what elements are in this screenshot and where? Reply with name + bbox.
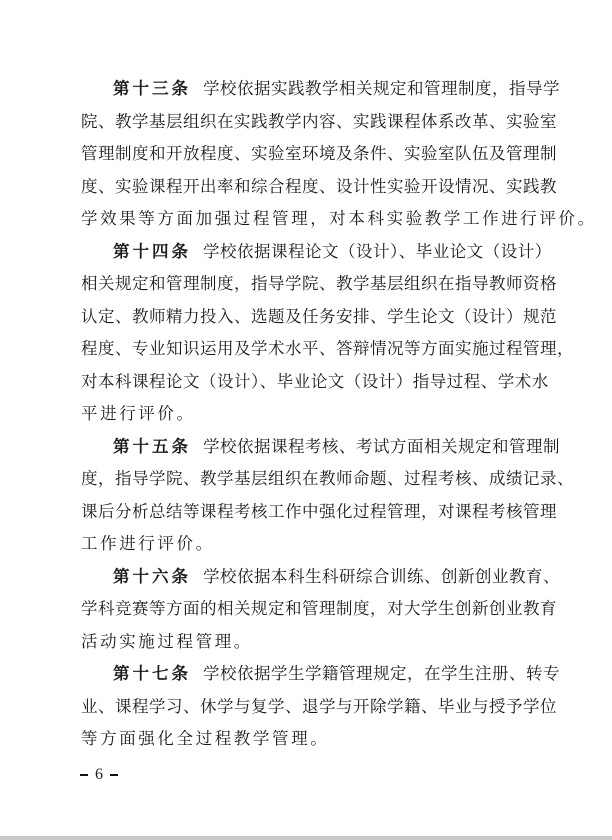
article-text: 学校依据课程论文（设计）、毕业论文（设计） bbox=[203, 242, 552, 261]
article-line: 管理制度和开放程度、实验室环境及条件、实验室队伍及管理制 bbox=[81, 138, 534, 171]
article-line: 程度、专业知识运用及学术水平、答辩情况等方面实施过程管理， bbox=[81, 333, 534, 366]
page-bottom-edge bbox=[0, 836, 612, 840]
article-16: 第十六条学校依据本科生科研综合训练、创新创业教育、 学科竞赛等方面的相关规定和管… bbox=[81, 561, 534, 659]
article-text: 学校依据课程考核、考试方面相关规定和管理制 bbox=[203, 437, 560, 456]
article-line: 平进行评价。 bbox=[81, 398, 534, 431]
article-text: 学校依据本科生科研综合训练、创新创业教育、 bbox=[203, 567, 560, 586]
article-17: 第十七条学校依据学生学籍管理规定，在学生注册、转专 业、课程学习、休学与复学、退… bbox=[81, 658, 534, 756]
article-line: 第十四条学校依据课程论文（设计）、毕业论文（设计） bbox=[81, 236, 534, 269]
article-line: 活动实施过程管理。 bbox=[81, 626, 534, 659]
article-line: 工作进行评价。 bbox=[81, 528, 534, 561]
article-line: 课后分析总结等课程考核工作中强化过程管理，对课程考核管理 bbox=[81, 496, 534, 529]
article-heading: 第十三条 bbox=[113, 79, 191, 98]
article-line: 等方面强化全过程教学管理。 bbox=[81, 723, 534, 756]
article-line: 业、课程学习、休学与复学、退学与开除学籍、毕业与授予学位 bbox=[81, 691, 534, 724]
article-line: 第十三条学校依据实践教学相关规定和管理制度，指导学 bbox=[81, 73, 534, 106]
dash-right bbox=[110, 774, 118, 777]
article-line: 学效果等方面加强过程管理，对本科实验教学工作进行评价。 bbox=[81, 203, 534, 236]
article-line: 第十五条学校依据课程考核、考试方面相关规定和管理制 bbox=[81, 431, 534, 464]
article-heading: 第十五条 bbox=[113, 437, 191, 456]
article-15: 第十五条学校依据课程考核、考试方面相关规定和管理制 度，指导学院、教学基层组织在… bbox=[81, 431, 534, 561]
document-page: 第十三条学校依据实践教学相关规定和管理制度，指导学 院、教学基层组织在实践教学内… bbox=[0, 0, 612, 836]
article-line: 第十六条学校依据本科生科研综合训练、创新创业教育、 bbox=[81, 561, 534, 594]
article-line: 院、教学基层组织在实践教学内容、实践课程体系改革、实验室 bbox=[81, 106, 534, 139]
article-heading: 第十六条 bbox=[113, 567, 191, 586]
article-heading: 第十七条 bbox=[113, 664, 191, 683]
article-line: 第十七条学校依据学生学籍管理规定，在学生注册、转专 bbox=[81, 658, 534, 691]
article-line: 对本科课程论文（设计）、毕业论文（设计）指导过程、学术水 bbox=[81, 366, 534, 399]
article-14: 第十四条学校依据课程论文（设计）、毕业论文（设计） 相关规定和管理制度，指导学院… bbox=[81, 236, 534, 431]
article-line: 学科竞赛等方面的相关规定和管理制度，对大学生创新创业教育 bbox=[81, 593, 534, 626]
page-number: 6 bbox=[80, 766, 118, 784]
article-text: 学校依据学生学籍管理规定，在学生注册、转专 bbox=[203, 664, 560, 683]
dash-left bbox=[80, 774, 88, 777]
article-text: 学校依据实践教学相关规定和管理制度，指导学 bbox=[203, 79, 560, 98]
article-13: 第十三条学校依据实践教学相关规定和管理制度，指导学 院、教学基层组织在实践教学内… bbox=[81, 73, 534, 236]
page-number-value: 6 bbox=[95, 766, 103, 784]
article-heading: 第十四条 bbox=[113, 242, 191, 261]
document-body: 第十三条学校依据实践教学相关规定和管理制度，指导学 院、教学基层组织在实践教学内… bbox=[81, 73, 534, 756]
article-line: 度、实验课程开出率和综合程度、设计性实验开设情况、实践教 bbox=[81, 171, 534, 204]
article-line: 度，指导学院、教学基层组织在教师命题、过程考核、成绩记录、 bbox=[81, 463, 534, 496]
article-line: 认定、教师精力投入、选题及任务安排、学生论文（设计）规范 bbox=[81, 301, 534, 334]
article-line: 相关规定和管理制度，指导学院、教学基层组织在指导教师资格 bbox=[81, 268, 534, 301]
